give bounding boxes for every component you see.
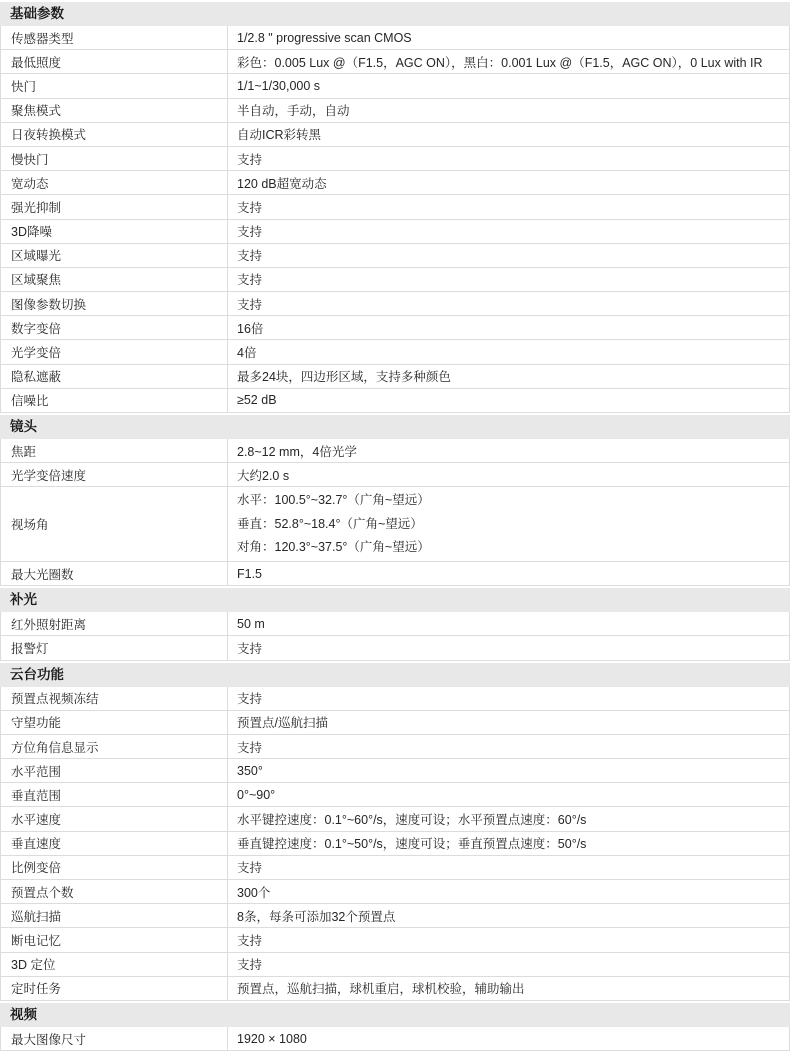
spec-row: 区域曝光 支持 bbox=[1, 244, 789, 268]
spec-label: 水平范围 bbox=[1, 759, 228, 782]
spec-value: 支持 bbox=[228, 687, 789, 710]
section-header: 补光 bbox=[0, 588, 790, 612]
spec-row: 区域聚焦 支持 bbox=[1, 268, 789, 292]
spec-row: 光学变倍 4倍 bbox=[1, 340, 789, 364]
spec-value: 350° bbox=[228, 759, 789, 782]
section-rows: 最大图像尺寸 1920 × 1080 bbox=[0, 1027, 790, 1051]
section-rows: 焦距 2.8~12 mm，4倍光学 光学变倍速度 大约2.0 s 视场角 水平：… bbox=[0, 439, 790, 586]
spec-section: 云台功能 预置点视频冻结 支持 守望功能 预置点/巡航扫描 方位角信息显示 支持… bbox=[0, 663, 790, 1001]
spec-row: 最低照度 彩色：0.005 Lux @（F1.5，AGC ON），黑白：0.00… bbox=[1, 50, 789, 74]
spec-row: 聚焦模式 半自动，手动，自动 bbox=[1, 99, 789, 123]
spec-value: 支持 bbox=[228, 735, 789, 758]
spec-label: 最大图像尺寸 bbox=[1, 1027, 228, 1050]
spec-label: 区域聚焦 bbox=[1, 268, 228, 291]
spec-label: 3D 定位 bbox=[1, 953, 228, 976]
spec-label: 聚焦模式 bbox=[1, 99, 228, 122]
spec-value: 支持 bbox=[228, 928, 789, 951]
spec-row: 3D降噪 支持 bbox=[1, 220, 789, 244]
spec-row: 方位角信息显示 支持 bbox=[1, 735, 789, 759]
spec-label: 慢快门 bbox=[1, 147, 228, 170]
spec-label: 最低照度 bbox=[1, 50, 228, 73]
spec-label: 巡航扫描 bbox=[1, 904, 228, 927]
spec-value: 垂直键控速度：0.1°~50°/s，速度可设；垂直预置点速度：50°/s bbox=[228, 832, 789, 855]
spec-value: 预置点/巡航扫描 bbox=[228, 711, 789, 734]
spec-row: 3D 定位 支持 bbox=[1, 953, 789, 977]
spec-value: 1/2.8 " progressive scan CMOS bbox=[228, 26, 789, 49]
spec-row: 报警灯 支持 bbox=[1, 636, 789, 660]
spec-label: 光学变倍速度 bbox=[1, 463, 228, 486]
spec-label: 垂直范围 bbox=[1, 783, 228, 806]
spec-label: 焦距 bbox=[1, 439, 228, 462]
section-header: 基础参数 bbox=[0, 2, 790, 26]
spec-value: 支持 bbox=[228, 147, 789, 170]
spec-row: 定时任务 预置点，巡航扫描，球机重启，球机校验，辅助输出 bbox=[1, 977, 789, 1001]
spec-row: 隐私遮蔽 最多24块，四边形区域，支持多种颜色 bbox=[1, 365, 789, 389]
section-rows: 预置点视频冻结 支持 守望功能 预置点/巡航扫描 方位角信息显示 支持 水平范围… bbox=[0, 687, 790, 1001]
spec-value: 300个 bbox=[228, 880, 789, 903]
spec-label: 视场角 bbox=[1, 487, 228, 561]
spec-row: 日夜转换模式 自动ICR彩转黑 bbox=[1, 123, 789, 147]
section-header: 视频 bbox=[0, 1003, 790, 1027]
spec-row: 预置点个数 300个 bbox=[1, 880, 789, 904]
spec-row: 焦距 2.8~12 mm，4倍光学 bbox=[1, 439, 789, 463]
spec-value: 自动ICR彩转黑 bbox=[228, 123, 789, 146]
spec-value: 最多24块，四边形区域，支持多种颜色 bbox=[228, 365, 789, 388]
spec-value: 1920 × 1080 bbox=[228, 1027, 789, 1050]
spec-value: 支持 bbox=[228, 268, 789, 291]
spec-label: 水平速度 bbox=[1, 807, 228, 830]
spec-value-line: 水平：100.5°~32.7°（广角~望远） bbox=[237, 489, 780, 512]
spec-label: 断电记忆 bbox=[1, 928, 228, 951]
spec-label: 传感器类型 bbox=[1, 26, 228, 49]
spec-value-line: 对角：120.3°~37.5°（广角~望远） bbox=[237, 536, 780, 559]
spec-row: 传感器类型 1/2.8 " progressive scan CMOS bbox=[1, 26, 789, 50]
spec-value: 水平：100.5°~32.7°（广角~望远）垂直：52.8°~18.4°（广角~… bbox=[228, 487, 789, 561]
spec-value: 支持 bbox=[228, 856, 789, 879]
spec-value: 120 dB超宽动态 bbox=[228, 171, 789, 194]
spec-row: 预置点视频冻结 支持 bbox=[1, 687, 789, 711]
spec-label: 垂直速度 bbox=[1, 832, 228, 855]
spec-row: 比例变倍 支持 bbox=[1, 856, 789, 880]
spec-section: 补光 红外照射距离 50 m 报警灯 支持 bbox=[0, 588, 790, 660]
spec-section: 基础参数 传感器类型 1/2.8 " progressive scan CMOS… bbox=[0, 2, 790, 413]
spec-value: 大约2.0 s bbox=[228, 463, 789, 486]
spec-value: 支持 bbox=[228, 220, 789, 243]
spec-label: 最大光圈数 bbox=[1, 562, 228, 585]
spec-label: 区域曝光 bbox=[1, 244, 228, 267]
spec-label: 隐私遮蔽 bbox=[1, 365, 228, 388]
spec-label: 方位角信息显示 bbox=[1, 735, 228, 758]
spec-label: 比例变倍 bbox=[1, 856, 228, 879]
spec-row: 巡航扫描 8条，每条可添加32个预置点 bbox=[1, 904, 789, 928]
spec-value-line: 垂直：52.8°~18.4°（广角~望远） bbox=[237, 513, 780, 536]
spec-label: 快门 bbox=[1, 74, 228, 97]
spec-row: 水平速度 水平键控速度：0.1°~60°/s，速度可设；水平预置点速度：60°/… bbox=[1, 807, 789, 831]
spec-value: 支持 bbox=[228, 244, 789, 267]
spec-row: 快门 1/1~1/30,000 s bbox=[1, 74, 789, 98]
spec-label: 信噪比 bbox=[1, 389, 228, 412]
spec-row: 断电记忆 支持 bbox=[1, 928, 789, 952]
spec-value: 0°~90° bbox=[228, 783, 789, 806]
section-header: 云台功能 bbox=[0, 663, 790, 687]
spec-value: 8条，每条可添加32个预置点 bbox=[228, 904, 789, 927]
spec-value: ≥52 dB bbox=[228, 389, 789, 412]
spec-row: 垂直范围 0°~90° bbox=[1, 783, 789, 807]
spec-label: 报警灯 bbox=[1, 636, 228, 659]
spec-section: 视频 最大图像尺寸 1920 × 1080 bbox=[0, 1003, 790, 1051]
spec-row: 信噪比 ≥52 dB bbox=[1, 389, 789, 413]
spec-row: 视场角 水平：100.5°~32.7°（广角~望远）垂直：52.8°~18.4°… bbox=[1, 487, 789, 562]
spec-value: 彩色：0.005 Lux @（F1.5，AGC ON），黑白：0.001 Lux… bbox=[228, 50, 789, 73]
section-header: 镜头 bbox=[0, 415, 790, 439]
spec-row: 数字变倍 16倍 bbox=[1, 316, 789, 340]
spec-value: 半自动，手动，自动 bbox=[228, 99, 789, 122]
spec-row: 垂直速度 垂直键控速度：0.1°~50°/s，速度可设；垂直预置点速度：50°/… bbox=[1, 832, 789, 856]
spec-label: 3D降噪 bbox=[1, 220, 228, 243]
spec-label: 守望功能 bbox=[1, 711, 228, 734]
spec-row: 最大图像尺寸 1920 × 1080 bbox=[1, 1027, 789, 1051]
spec-row: 水平范围 350° bbox=[1, 759, 789, 783]
spec-value: 2.8~12 mm，4倍光学 bbox=[228, 439, 789, 462]
spec-value: 预置点，巡航扫描，球机重启，球机校验，辅助输出 bbox=[228, 977, 789, 1000]
spec-value: 支持 bbox=[228, 953, 789, 976]
spec-row: 最大光圈数 F1.5 bbox=[1, 562, 789, 586]
spec-value: F1.5 bbox=[228, 562, 789, 585]
section-rows: 红外照射距离 50 m 报警灯 支持 bbox=[0, 612, 790, 660]
spec-label: 光学变倍 bbox=[1, 340, 228, 363]
spec-section: 镜头 焦距 2.8~12 mm，4倍光学 光学变倍速度 大约2.0 s 视场角 … bbox=[0, 415, 790, 586]
spec-value: 水平键控速度：0.1°~60°/s，速度可设；水平预置点速度：60°/s bbox=[228, 807, 789, 830]
spec-value: 4倍 bbox=[228, 340, 789, 363]
section-rows: 传感器类型 1/2.8 " progressive scan CMOS 最低照度… bbox=[0, 26, 790, 413]
spec-value: 支持 bbox=[228, 195, 789, 218]
spec-row: 慢快门 支持 bbox=[1, 147, 789, 171]
spec-row: 红外照射距离 50 m bbox=[1, 612, 789, 636]
spec-label: 宽动态 bbox=[1, 171, 228, 194]
spec-row: 光学变倍速度 大约2.0 s bbox=[1, 463, 789, 487]
spec-value: 支持 bbox=[228, 292, 789, 315]
spec-label: 预置点视频冻结 bbox=[1, 687, 228, 710]
spec-row: 宽动态 120 dB超宽动态 bbox=[1, 171, 789, 195]
spec-value: 50 m bbox=[228, 612, 789, 635]
spec-label: 日夜转换模式 bbox=[1, 123, 228, 146]
spec-row: 守望功能 预置点/巡航扫描 bbox=[1, 711, 789, 735]
spec-label: 预置点个数 bbox=[1, 880, 228, 903]
spec-table: 基础参数 传感器类型 1/2.8 " progressive scan CMOS… bbox=[0, 0, 790, 1051]
spec-row: 图像参数切换 支持 bbox=[1, 292, 789, 316]
spec-label: 强光抑制 bbox=[1, 195, 228, 218]
spec-label: 定时任务 bbox=[1, 977, 228, 1000]
spec-label: 图像参数切换 bbox=[1, 292, 228, 315]
spec-value: 16倍 bbox=[228, 316, 789, 339]
spec-label: 红外照射距离 bbox=[1, 612, 228, 635]
spec-label: 数字变倍 bbox=[1, 316, 228, 339]
spec-row: 强光抑制 支持 bbox=[1, 195, 789, 219]
spec-value: 1/1~1/30,000 s bbox=[228, 74, 789, 97]
spec-value: 支持 bbox=[228, 636, 789, 659]
